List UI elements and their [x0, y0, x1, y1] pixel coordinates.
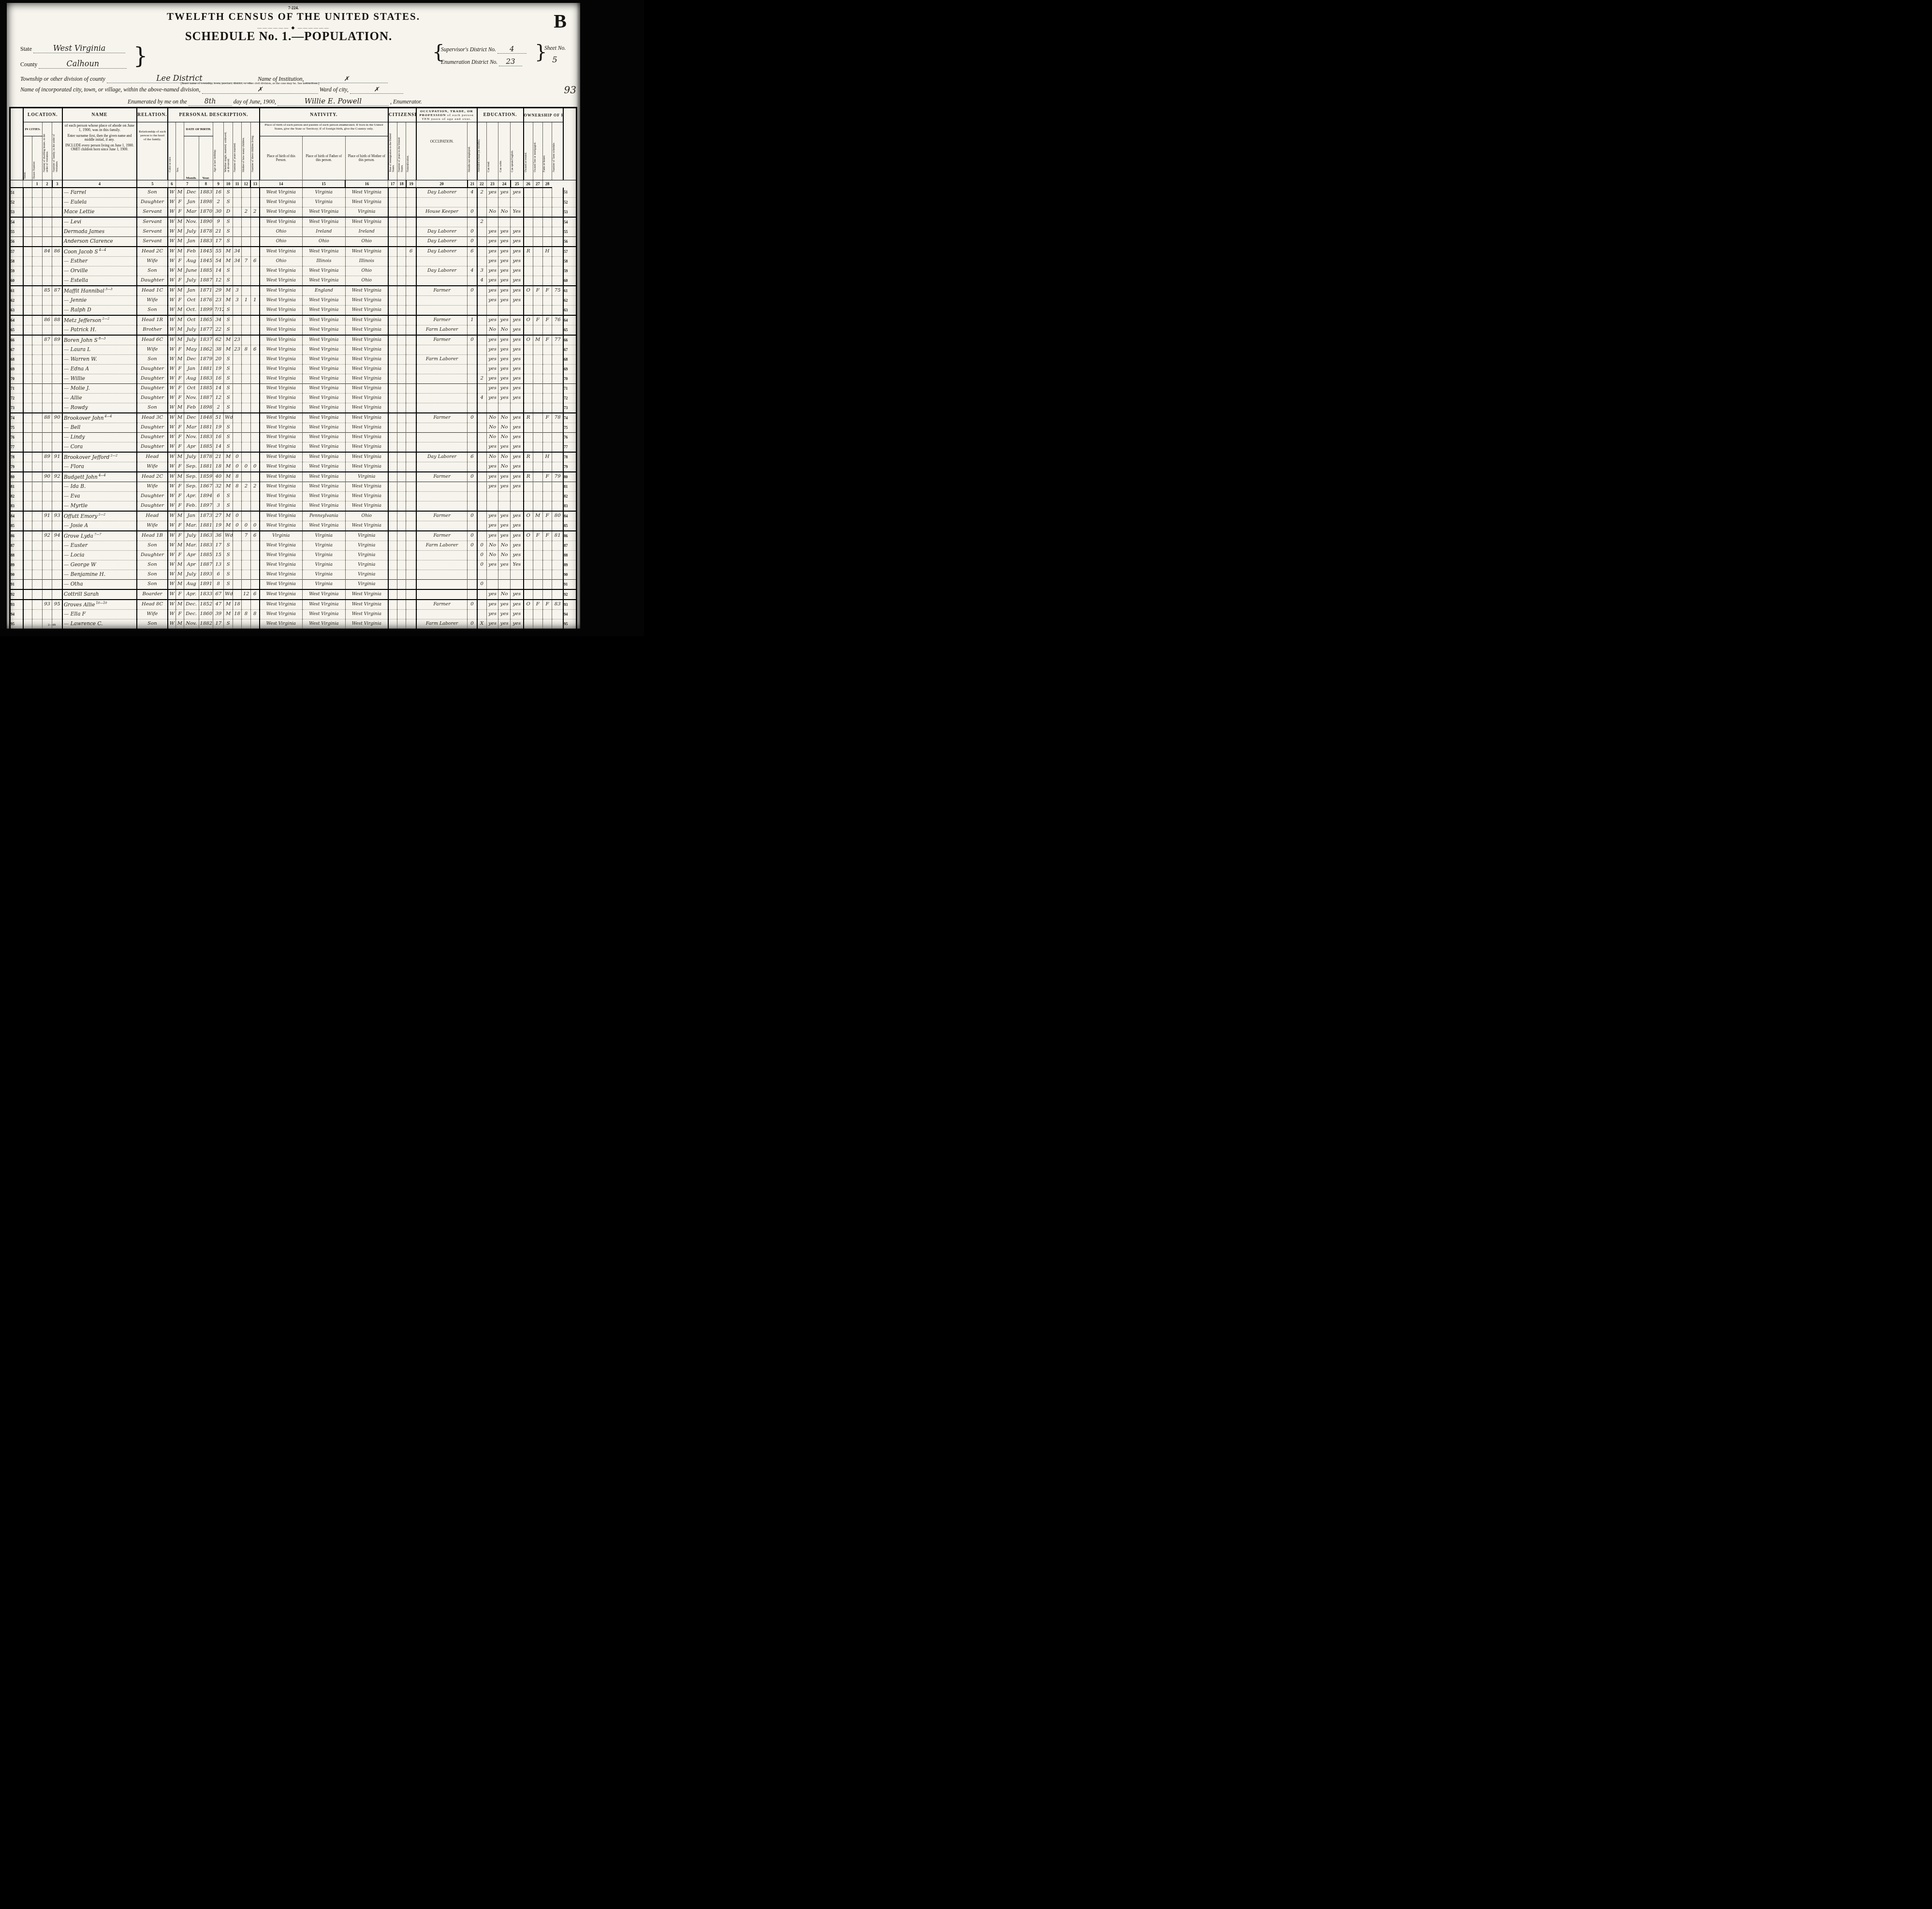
line-number: 80 — [10, 472, 23, 482]
cell-moth — [242, 492, 250, 501]
col-19-occupation: OCCUPATION. — [416, 122, 468, 180]
cell-own — [524, 541, 533, 551]
cell-rel: Daughter — [137, 384, 168, 394]
cell-street — [23, 306, 32, 316]
cell-pob: West Virginia — [260, 315, 303, 325]
census-row-70: 70— WillieDaughterWFAug188316SWest Virgi… — [10, 374, 577, 384]
cell-d1 — [42, 207, 52, 218]
cell-ym — [233, 560, 241, 570]
cell-age: 39 — [213, 610, 224, 619]
cell-ym — [233, 237, 241, 247]
cell-mar: M — [224, 610, 233, 619]
cell-house — [32, 589, 42, 600]
cell-street — [23, 531, 32, 541]
cell-d2: 88 — [52, 315, 62, 325]
cell-c18 — [406, 394, 416, 403]
cell-fs — [552, 423, 563, 433]
cell-rd: yes — [486, 355, 498, 365]
cell-street — [23, 482, 32, 492]
cell-d2: 92 — [52, 472, 62, 482]
cell-house — [32, 482, 42, 492]
cell-c16 — [388, 237, 397, 247]
cell-by: 1885 — [199, 551, 213, 560]
census-row-86: 869294Grove Lyda 7—7Head 1BWFJuly186336W… — [10, 531, 577, 541]
line-number: 95 — [10, 619, 23, 629]
cell-liv — [250, 423, 259, 433]
cell-pf: West Virginia — [302, 462, 345, 472]
cell-liv — [250, 227, 259, 237]
cell-bm: Mar — [184, 423, 199, 433]
cell-mar: S — [224, 423, 233, 433]
line-number: 59 — [563, 266, 576, 276]
cell-pm: West Virginia — [345, 384, 388, 394]
cell-street — [23, 492, 32, 501]
cell-ym — [233, 541, 241, 551]
cell-en: yes — [511, 276, 524, 286]
cell-fs: 80 — [552, 511, 563, 521]
cell-ym — [233, 580, 241, 590]
cell-bm: July — [184, 325, 199, 336]
cell-pob: West Virginia — [260, 433, 303, 442]
cell-bm: July — [184, 335, 199, 345]
cell-house — [32, 531, 42, 541]
cell-fh — [542, 296, 552, 306]
cell-pm: West Virginia — [345, 296, 388, 306]
cell-house — [32, 188, 42, 198]
cell-pf: West Virginia — [302, 403, 345, 413]
line-number: 56 — [563, 237, 576, 247]
cell-fs: 78 — [552, 413, 563, 423]
cell-street — [23, 257, 32, 266]
cell-bm: Apr. — [184, 492, 199, 501]
cell-fh: F — [542, 286, 552, 296]
cell-age: 13 — [213, 560, 224, 570]
cell-d2 — [52, 237, 62, 247]
cell-street — [23, 355, 32, 365]
census-row-69: 69— Edna ADaughterWFJan188119SWest Virgi… — [10, 365, 577, 374]
cell-d2: 90 — [52, 413, 62, 423]
cell-c18 — [406, 560, 416, 570]
cell-race: W — [168, 198, 176, 207]
cell-own — [524, 551, 533, 560]
cell-mne — [468, 325, 477, 336]
line-number: 85 — [563, 521, 576, 531]
cell-wr: yes — [498, 345, 511, 355]
cell-fm — [533, 521, 542, 531]
cell-pob: West Virginia — [260, 511, 303, 521]
cell-rel: Daughter — [137, 433, 168, 442]
line-number: 74 — [563, 413, 576, 423]
line-number: 55 — [563, 227, 576, 237]
cell-moth — [242, 394, 250, 403]
form-code: 7-224. — [7, 5, 580, 10]
cell-c16 — [388, 335, 397, 345]
cell-ym: 0 — [233, 521, 241, 531]
line-number: 53 — [563, 207, 576, 218]
cell-name: — Estella — [62, 276, 137, 286]
cell-mne — [468, 580, 477, 590]
line-number: 90 — [563, 570, 576, 580]
cell-c18 — [406, 403, 416, 413]
cell-moth — [242, 384, 250, 394]
cell-age: 27 — [213, 511, 224, 521]
cell-race: W — [168, 247, 176, 257]
cell-ym — [233, 365, 241, 374]
cell-by: 1883 — [199, 237, 213, 247]
column-number-15: 15 — [302, 180, 345, 188]
cell-liv — [250, 501, 259, 512]
cell-bm: Sep. — [184, 482, 199, 492]
line-number: 93 — [10, 600, 23, 610]
cell-c18 — [406, 610, 416, 619]
cell-d2 — [52, 610, 62, 619]
cell-moth — [242, 374, 250, 384]
cell-d1 — [42, 325, 52, 336]
cell-name: — Rowdy — [62, 403, 137, 413]
cell-d1 — [42, 365, 52, 374]
cell-fh — [542, 198, 552, 207]
cell-wr: yes — [498, 237, 511, 247]
cell-ym — [233, 551, 241, 560]
cell-occ — [416, 462, 468, 472]
cell-liv — [250, 619, 259, 629]
cell-liv: 6 — [250, 589, 259, 600]
col-12-children-living: Number of these children living. — [250, 122, 259, 180]
cell-mne — [468, 345, 477, 355]
line-number: 88 — [563, 551, 576, 560]
cell-house — [32, 560, 42, 570]
cell-c16 — [388, 589, 397, 600]
cell-fs — [552, 589, 563, 600]
cell-d1 — [42, 433, 52, 442]
cell-wr: yes — [498, 257, 511, 266]
cell-rd: yes — [486, 374, 498, 384]
cell-by: 1881 — [199, 423, 213, 433]
cell-house — [32, 452, 42, 462]
cell-race: W — [168, 315, 176, 325]
cell-bm: July — [184, 227, 199, 237]
cell-pf: West Virginia — [302, 433, 345, 442]
cell-sch — [477, 365, 487, 374]
cell-race: W — [168, 394, 176, 403]
cell-liv: 6 — [250, 345, 259, 355]
cell-liv — [250, 335, 259, 345]
cell-fm — [533, 355, 542, 365]
line-number: 69 — [563, 365, 576, 374]
cell-d1: 92 — [42, 531, 52, 541]
cell-c16 — [388, 580, 397, 590]
line-number: 87 — [10, 541, 23, 551]
cell-liv — [250, 384, 259, 394]
cell-mar: S — [224, 276, 233, 286]
line-number: 91 — [563, 580, 576, 590]
cell-pob: West Virginia — [260, 501, 303, 512]
line-number: 57 — [563, 247, 576, 257]
cell-occ — [416, 482, 468, 492]
column-number-21: 21 — [468, 180, 477, 188]
census-row-85: 85— Josie AWifeWFMar.188119M000West Virg… — [10, 521, 577, 531]
column-number-5: 5 — [137, 180, 168, 188]
cell-pf: Virginia — [302, 188, 345, 198]
cell-c16 — [388, 619, 397, 629]
cell-liv — [250, 580, 259, 590]
cell-liv — [250, 217, 259, 227]
cell-mar: S — [224, 570, 233, 580]
cell-rd: yes — [486, 610, 498, 619]
cell-by: 1887 — [199, 394, 213, 403]
cell-sex: F — [176, 207, 184, 218]
cell-wr: No — [498, 452, 511, 462]
cell-fh — [542, 551, 552, 560]
cell-ym: 3 — [233, 286, 241, 296]
cell-ym: 18 — [233, 610, 241, 619]
cell-fh: F — [542, 511, 552, 521]
cell-wr: yes — [498, 365, 511, 374]
line-number: 76 — [563, 433, 576, 442]
cell-own — [524, 296, 533, 306]
cell-by: 1885 — [199, 442, 213, 453]
cell-by: 1871 — [199, 286, 213, 296]
cell-pm: Virginia — [345, 531, 388, 541]
cell-liv — [250, 325, 259, 336]
cell-race: W — [168, 589, 176, 600]
cell-wr: yes — [498, 560, 511, 570]
cell-moth — [242, 217, 250, 227]
cell-mne — [468, 423, 477, 433]
cell-d2 — [52, 394, 62, 403]
cell-occ — [416, 296, 468, 306]
cell-ym — [233, 217, 241, 227]
cell-c17 — [397, 589, 406, 600]
cell-fm — [533, 188, 542, 198]
cell-race: W — [168, 580, 176, 590]
cell-c17 — [397, 501, 406, 512]
cell-bm: Oct — [184, 296, 199, 306]
cell-occ: Day Laborer — [416, 247, 468, 257]
cell-d2: 94 — [52, 531, 62, 541]
cell-fm — [533, 610, 542, 619]
cell-fh — [542, 462, 552, 472]
cell-d2 — [52, 276, 62, 286]
cell-pf: West Virginia — [302, 492, 345, 501]
cell-rel: Daughter — [137, 423, 168, 433]
cell-pf: West Virginia — [302, 600, 345, 610]
cell-house — [32, 600, 42, 610]
cell-bm: Apr — [184, 551, 199, 560]
cell-liv — [250, 492, 259, 501]
cell-c18 — [406, 374, 416, 384]
cell-c16 — [388, 403, 397, 413]
cell-street — [23, 570, 32, 580]
cell-moth — [242, 188, 250, 198]
cell-pf: West Virginia — [302, 315, 345, 325]
cell-c16 — [388, 227, 397, 237]
cell-pob: West Virginia — [260, 442, 303, 453]
cell-pf: Virginia — [302, 531, 345, 541]
line-number: 51 — [563, 188, 576, 198]
cell-sex: F — [176, 521, 184, 531]
cell-d2 — [52, 551, 62, 560]
cell-ym — [233, 188, 241, 198]
cell-by: 1883 — [199, 433, 213, 442]
cell-house — [32, 413, 42, 423]
cell-fm — [533, 365, 542, 374]
scan-bottom-edge — [0, 629, 644, 636]
cell-c16 — [388, 521, 397, 531]
cell-d2 — [52, 217, 62, 227]
line-number: 52 — [10, 198, 23, 207]
cell-pob: West Virginia — [260, 472, 303, 482]
cell-c17 — [397, 521, 406, 531]
cell-pob: West Virginia — [260, 345, 303, 355]
supervisor-value: 4 — [498, 44, 527, 54]
cell-pm: Virginia — [345, 541, 388, 551]
cell-liv: 6 — [250, 257, 259, 266]
cell-c16 — [388, 325, 397, 336]
cell-occ: Day Laborer — [416, 227, 468, 237]
cell-bm: Apr — [184, 560, 199, 570]
cell-bm: Mar — [184, 207, 199, 218]
cell-c18 — [406, 188, 416, 198]
cell-by: 1881 — [199, 365, 213, 374]
cell-c18 — [406, 501, 416, 512]
sheet-label: Sheet No. — [544, 45, 566, 51]
cell-rd — [486, 217, 498, 227]
cell-d1 — [42, 266, 52, 276]
census-row-54: 54— LeviServantWMNov.18909SWest Virginia… — [10, 217, 577, 227]
cell-c16 — [388, 501, 397, 512]
cell-by: 1876 — [199, 296, 213, 306]
cell-bm: Aug — [184, 580, 199, 590]
cell-fs — [552, 394, 563, 403]
cell-mar: D — [224, 207, 233, 218]
cell-pob: Virginia — [260, 531, 303, 541]
cell-race: W — [168, 511, 176, 521]
cell-own — [524, 384, 533, 394]
cell-wr — [498, 198, 511, 207]
cell-house — [32, 403, 42, 413]
cell-occ — [416, 394, 468, 403]
cell-rd: yes — [486, 247, 498, 257]
cell-street — [23, 600, 32, 610]
cell-rd: yes — [486, 296, 498, 306]
cell-own — [524, 217, 533, 227]
cell-fm — [533, 394, 542, 403]
cell-by: 1878 — [199, 227, 213, 237]
cell-c16 — [388, 296, 397, 306]
cell-street — [23, 198, 32, 207]
cell-race: W — [168, 257, 176, 266]
cell-fh — [542, 227, 552, 237]
cell-occ: Farmer — [416, 413, 468, 423]
cell-pm: West Virginia — [345, 335, 388, 345]
cell-fs — [552, 610, 563, 619]
cell-c16 — [388, 247, 397, 257]
line-number: 86 — [563, 531, 576, 541]
cell-sch — [477, 589, 487, 600]
cell-sex: F — [176, 423, 184, 433]
census-row-78: 788991Brookover Jefford 2—2HeadWMJuly187… — [10, 452, 577, 462]
cell-d1 — [42, 345, 52, 355]
cell-fs — [552, 325, 563, 336]
cell-name: — Euster — [62, 541, 137, 551]
cell-fs — [552, 452, 563, 462]
line-number: 86 — [10, 531, 23, 541]
cell-rd: yes — [486, 531, 498, 541]
line-number: 65 — [10, 325, 23, 336]
cell-d1 — [42, 188, 52, 198]
cell-fh — [542, 403, 552, 413]
cell-sch — [477, 472, 487, 482]
cell-mne — [468, 482, 477, 492]
cell-age: 12 — [213, 394, 224, 403]
column-number-18: 18 — [397, 180, 406, 188]
cell-ym: 0 — [233, 452, 241, 462]
cell-liv — [250, 266, 259, 276]
cell-own — [524, 374, 533, 384]
cell-by: 1891 — [199, 580, 213, 590]
cell-c17 — [397, 433, 406, 442]
scan-right-edge — [580, 0, 644, 636]
cell-fm — [533, 207, 542, 218]
cell-sex: F — [176, 394, 184, 403]
cell-pob: Ohio — [260, 227, 303, 237]
line-number: 73 — [10, 403, 23, 413]
cell-bm: Dec — [184, 355, 199, 365]
cell-race: W — [168, 296, 176, 306]
column-number-3: 3 — [52, 180, 62, 188]
cell-mar: S — [224, 374, 233, 384]
col-15-pob-mother: Place of birth of Mother of this person. — [345, 136, 388, 180]
cell-mar: Wd — [224, 413, 233, 423]
cell-d1 — [42, 492, 52, 501]
column-number-8: 8 — [199, 180, 213, 188]
col-16-immigration: Year of immigration to the United States… — [388, 122, 397, 180]
cell-fm — [533, 296, 542, 306]
cell-pm: Virginia — [345, 570, 388, 580]
cell-liv — [250, 276, 259, 286]
cell-moth — [242, 355, 250, 365]
cell-ym — [233, 394, 241, 403]
cell-pm: West Virginia — [345, 286, 388, 296]
cell-house — [32, 247, 42, 257]
cell-sch — [477, 296, 487, 306]
cell-bm: Dec. — [184, 600, 199, 610]
cell-occ: Day Laborer — [416, 452, 468, 462]
state-label: State — [20, 45, 32, 52]
column-number-28: 28 — [542, 180, 552, 188]
cell-house — [32, 286, 42, 296]
cell-race: W — [168, 423, 176, 433]
column-number-24: 24 — [498, 180, 511, 188]
cell-c18 — [406, 207, 416, 218]
supervisor-label: Supervisor's District No. — [441, 47, 496, 53]
cell-by: 1890 — [199, 217, 213, 227]
cell-fh — [542, 521, 552, 531]
column-number-26: 26 — [524, 180, 533, 188]
cell-sch — [477, 315, 487, 325]
cell-age: 6 — [213, 492, 224, 501]
cell-fs — [552, 570, 563, 580]
cell-en: yes — [511, 325, 524, 336]
cell-age: 7/12 — [213, 306, 224, 316]
cell-fh — [542, 384, 552, 394]
census-row-60: 60— EstellaDaughterWFJuly188712SWest Vir… — [10, 276, 577, 286]
cell-pob: West Virginia — [260, 374, 303, 384]
cell-d1 — [42, 521, 52, 531]
cell-rd — [486, 570, 498, 580]
cell-c17 — [397, 472, 406, 482]
